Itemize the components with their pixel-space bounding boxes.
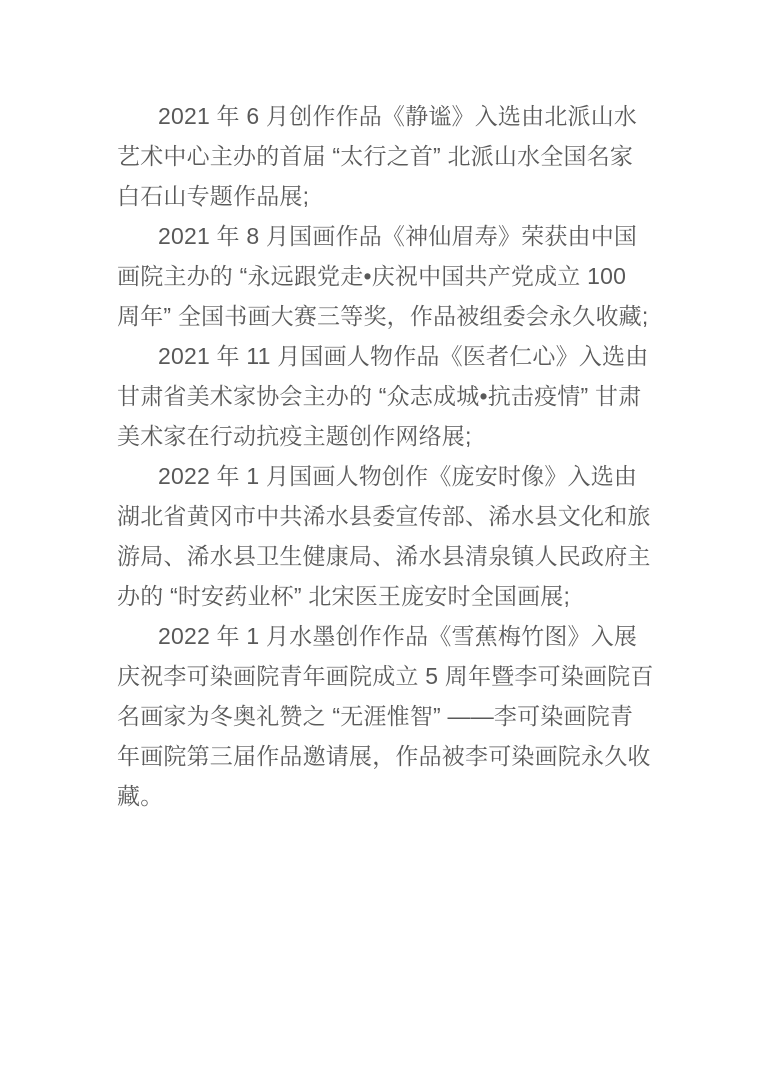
text-line: 游局、浠水县卫生健康局、浠水县清泉镇人民政府主 <box>117 536 649 576</box>
text-line: 办的 “时安药业杯” 北宋医王庞安时全国画展; <box>117 576 649 616</box>
text-line: 藏。 <box>117 776 649 816</box>
text-line: 2021 年 8 月国画作品《神仙眉寿》荣获由中国 <box>117 216 649 256</box>
text-line: 画院主办的 “永远跟党走•庆祝中国共产党成立 100 <box>117 256 649 296</box>
text-line: 白石山专题作品展; <box>117 176 649 216</box>
text-line: 名画家为冬奥礼赞之 “无涯惟智” ——李可染画院青 <box>117 696 649 736</box>
text-line: 2021 年 6 月创作作品《静谧》入选由北派山水 <box>117 96 649 136</box>
document-page: 2021 年 6 月创作作品《静谧》入选由北派山水 艺术中心主办的首届 “太行之… <box>117 96 649 816</box>
text-line: 庆祝李可染画院青年画院成立 5 周年暨李可染画院百 <box>117 656 649 696</box>
text-line: 周年” 全国书画大赛三等奖，作品被组委会永久收藏; <box>117 296 649 336</box>
text-line: 湖北省黄冈市中共浠水县委宣传部、浠水县文化和旅 <box>117 496 649 536</box>
paragraph-award-2022-01-ink: 2022 年 1 月水墨创作作品《雪蕉梅竹图》入展 庆祝李可染画院青年画院成立 … <box>117 616 649 816</box>
text-line: 2022 年 1 月水墨创作作品《雪蕉梅竹图》入展 <box>117 616 649 656</box>
text-line: 艺术中心主办的首届 “太行之首” 北派山水全国名家 <box>117 136 649 176</box>
text-line: 美术家在行动抗疫主题创作网络展; <box>117 416 649 456</box>
text-line: 年画院第三届作品邀请展，作品被李可染画院永久收 <box>117 736 649 776</box>
text-line: 甘肃省美术家协会主办的 “众志成城•抗击疫情” 甘肃 <box>117 376 649 416</box>
text-line: 2022 年 1 月国画人物创作《庞安时像》入选由 <box>117 456 649 496</box>
paragraph-award-2021-06: 2021 年 6 月创作作品《静谧》入选由北派山水 艺术中心主办的首届 “太行之… <box>117 96 649 216</box>
paragraph-award-2021-11: 2021 年 11 月国画人物作品《医者仁心》入选由 甘肃省美术家协会主办的 “… <box>117 336 649 456</box>
text-line: 2021 年 11 月国画人物作品《医者仁心》入选由 <box>117 336 649 376</box>
paragraph-award-2022-01-painting: 2022 年 1 月国画人物创作《庞安时像》入选由 湖北省黄冈市中共浠水县委宣传… <box>117 456 649 616</box>
paragraph-award-2021-08: 2021 年 8 月国画作品《神仙眉寿》荣获由中国 画院主办的 “永远跟党走•庆… <box>117 216 649 336</box>
